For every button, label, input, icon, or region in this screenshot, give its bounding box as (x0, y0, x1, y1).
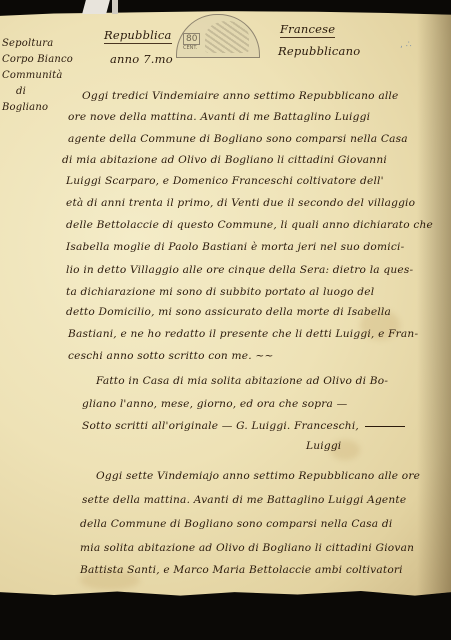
entry-2-line: mia solita abitazione ad Olivo di Boglia… (80, 542, 414, 554)
header-right-subtitle: Repubblicano (278, 44, 360, 58)
entry-1-line: Luiggi Scarparo, e Domenico Franceschi c… (66, 175, 384, 187)
header-left-title: Repubblica (104, 28, 172, 44)
page-tab (82, 0, 110, 14)
entry-1-line: ore nove della mattina. Avanti di me Bat… (68, 111, 370, 123)
page-edge-shadow (417, 10, 451, 598)
entry-1-closing-line: Sotto scritti all'originale — G. Luiggi.… (82, 420, 405, 432)
margin-note-line: di (2, 84, 73, 100)
margin-note-line: Sepoltura (2, 36, 73, 52)
entry-1-line: Bastiani, e ne ho redatto il presente ch… (68, 328, 418, 340)
entry-1-line: età di anni trenta il primo, di Venti du… (66, 197, 415, 209)
blue-ink-mark: , ∴ (400, 40, 411, 50)
closing-text: Sotto scritti all'originale — G. Luiggi.… (82, 420, 359, 432)
entry-1-line: Oggi tredici Vindemiaire anno settimo Re… (82, 90, 399, 102)
entry-1-line: delle Bettolaccie di questo Commune, li … (66, 219, 433, 231)
entry-1-line: detto Domicilio, mi sono assicurato dell… (66, 306, 391, 318)
header-right-title: Francese (280, 22, 335, 38)
entry-2-line: Battista Santi, e Marco Maria Bettolacci… (80, 564, 403, 576)
entry-1-line: lio in detto Villaggio alle ore cinque d… (66, 264, 413, 276)
entry-1-line: ta dichiarazione mi sono di subbito port… (66, 286, 374, 298)
entry-2-line: sette della mattina. Avanti di me Battag… (82, 494, 406, 506)
margin-note: Sepoltura Corpo Bianco Communità di Bogl… (2, 36, 73, 116)
stamp-value: 80 (183, 33, 200, 45)
margin-note-line: Communità (2, 68, 73, 84)
entry-2-line: della Commune di Bogliano sono comparsi … (80, 518, 392, 530)
signature: Luiggi (306, 440, 341, 452)
entry-1-closing-line: Fatto in Casa di mia solita abitazione a… (96, 375, 388, 387)
margin-note-line: Bogliano (2, 100, 73, 116)
dash-line (365, 426, 405, 427)
header-left-subtitle: anno 7.mo (110, 52, 173, 66)
stamp-emblem-icon (205, 21, 249, 53)
entry-1-closing-line: gliano l'anno, mese, giorno, ed ora che … (82, 398, 347, 410)
page-tab (112, 0, 118, 14)
entry-1-line: di mia abitazione ad Olivo di Bogliano l… (62, 154, 387, 166)
entry-1-line: ceschi anno sotto scritto con me. ~~ (68, 350, 274, 362)
entry-1-line: agente della Commune di Bogliano sono co… (68, 133, 408, 145)
margin-note-line: Corpo Bianco (2, 52, 73, 68)
stamp-label: CENT. (183, 45, 197, 51)
entry-2-line: Oggi sette Vindemiajo anno settimo Repub… (96, 470, 420, 482)
entry-1-line: Isabella moglie di Paolo Bastiani è mort… (66, 241, 404, 253)
